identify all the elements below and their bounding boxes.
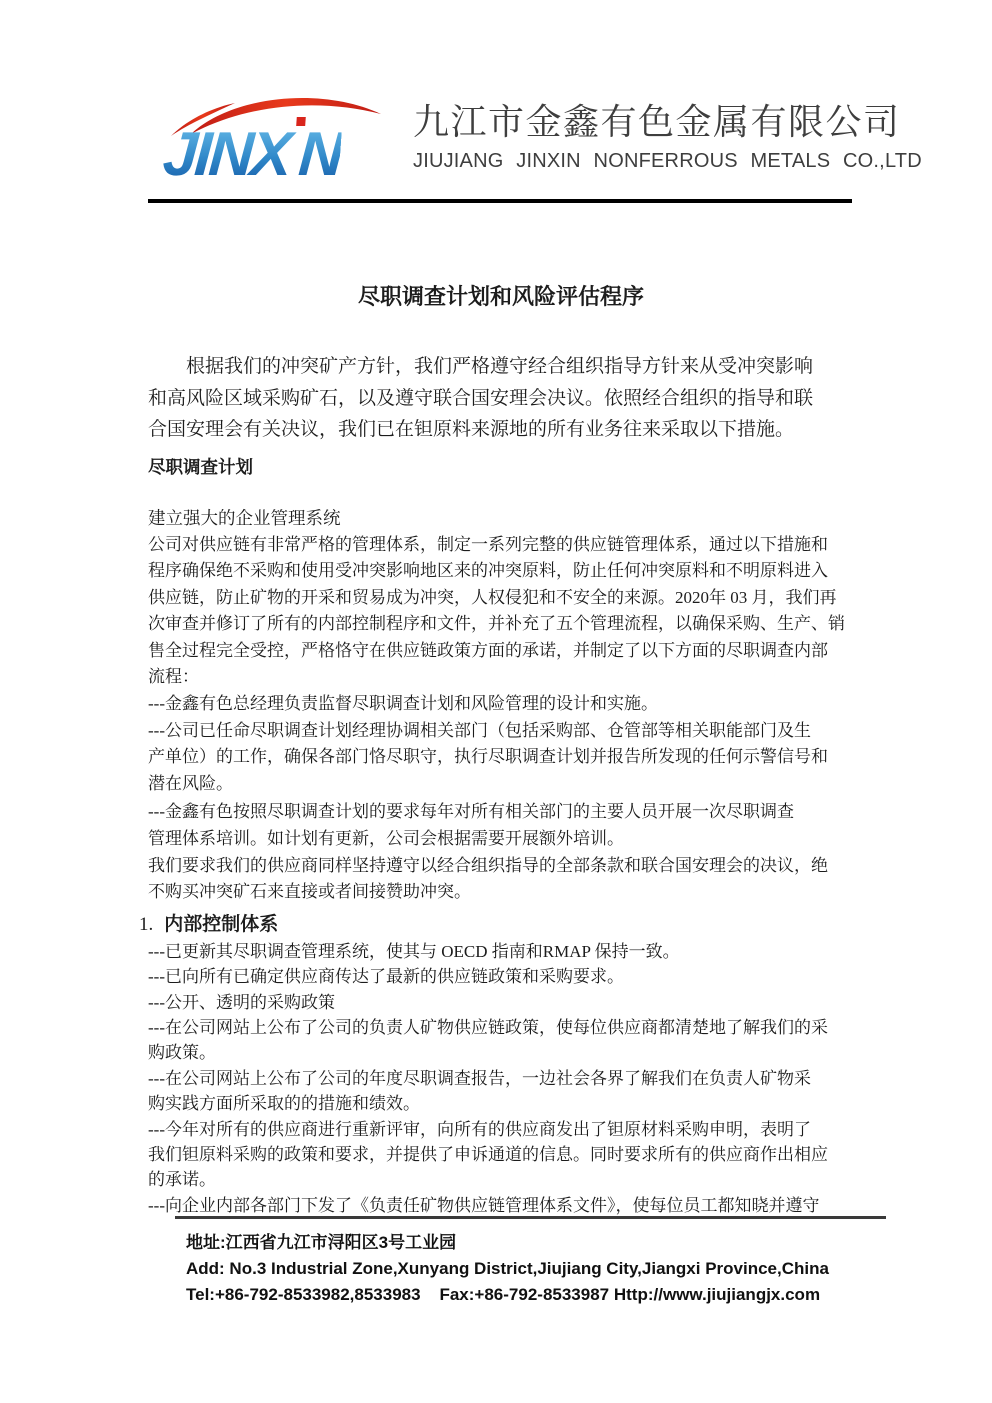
- body-line: ---金鑫有色按照尽职调查计划的要求每年对所有相关部门的主要人员开展一次尽职调查: [148, 799, 854, 826]
- document-page: JINXıN 九江市金鑫有色金属有限公司 JIUJIANG JINXIN NON…: [0, 0, 992, 1403]
- body-line: ---今年对所有的供应商进行重新评审，向所有的供应商发出了钽原材料采购申明，表明…: [148, 1117, 854, 1142]
- body-paragraph-2: ---金鑫有色按照尽职调查计划的要求每年对所有相关部门的主要人员开展一次尽职调查…: [148, 799, 854, 905]
- wordmark-right: N: [296, 120, 343, 189]
- document-content: 尽职调查计划和风险评估程序 根据我们的冲突矿产方针，我们严格遵守经合组织指导方针…: [148, 209, 854, 1218]
- body-line: ---公司已任命尽职调查计划经理协调相关部门（包括采购部、仓管部等相关职能部门及…: [148, 718, 854, 745]
- body-line: ---金鑫有色总经理负责监督尽职调查计划和风险管理的设计和实施。: [148, 691, 854, 718]
- body-line: 公司对供应链有非常严格的管理体系，制定一系列完整的供应链管理体系，通过以下措施和: [148, 532, 854, 559]
- header-divider: [148, 199, 852, 203]
- body-line: 次审查并修订了所有的内部控制程序和文件，并补充了五个管理流程，以确保采购、生产、…: [148, 611, 854, 638]
- body-line: 潜在风险。: [148, 771, 854, 798]
- body-line: 流程：: [148, 664, 854, 691]
- body-line: ---在公司网站上公布了公司的负责人矿物供应链政策，使每位供应商都清楚地了解我们…: [148, 1015, 854, 1040]
- footer: 地址:江西省九江市浔阳区3号工业园 Add: No.3 Industrial Z…: [186, 1230, 906, 1308]
- intro-line: 根据我们的冲突矿产方针，我们严格遵守经合组织指导方针来从受冲突影响: [148, 351, 854, 383]
- heading-label: 内部控制体系: [164, 914, 278, 935]
- wordmark-i-dot-icon: [296, 117, 306, 126]
- wordmark-left: JINX: [161, 120, 292, 189]
- body-line: 供应链，防止矿物的开采和贸易成为冲突，人权侵犯和不安全的来源。2020年 03 …: [148, 585, 854, 612]
- body-line: 产单位）的工作，确保各部门恪尽职守，执行尽职调查计划并报告所发现的任何示警信号和: [148, 744, 854, 771]
- intro-paragraph: 根据我们的冲突矿产方针，我们严格遵守经合组织指导方针来从受冲突影响 和高风险区域…: [148, 351, 854, 446]
- body-line: ---公开、透明的采购政策: [148, 990, 854, 1015]
- company-name-cn: 九江市金鑫有色金属有限公司: [413, 100, 922, 144]
- body-line: ---在公司网站上公布了公司的年度尽职调查报告，一边社会各界了解我们在负责人矿物…: [148, 1066, 854, 1091]
- body-line: 购实践方面所采取的的措施和绩效。: [148, 1091, 854, 1116]
- footer-contact: Tel:+86-792-8533982,8533983 Fax:+86-792-…: [186, 1282, 906, 1308]
- body-line: 售全过程完全受控，严格恪守在供应链政策方面的承诺，并制定了以下方面的尽职调查内部: [148, 638, 854, 665]
- body-line: 我们要求我们的供应商同样坚持遵守以经合组织指导的全部条款和联合国安理会的决议，绝: [148, 853, 854, 880]
- footer-address-en: Add: No.3 Industrial Zone,Xunyang Distri…: [186, 1256, 906, 1282]
- body-line: 购政策。: [148, 1040, 854, 1065]
- body-line: 不购买冲突矿石来直接或者间接赞助冲突。: [148, 879, 854, 906]
- subsection-heading-management-system: 建立强大的企业管理系统: [148, 505, 854, 532]
- company-name-en: JIUJIANG JINXIN NONFERROUS METALS CO.,LT…: [413, 148, 922, 174]
- numbered-heading-internal-control: 1.内部控制体系: [139, 910, 854, 939]
- company-names: 九江市金鑫有色金属有限公司 JIUJIANG JINXIN NONFERROUS…: [413, 84, 922, 196]
- section-heading-due-diligence-plan: 尽职调查计划: [148, 453, 854, 481]
- footer-divider: [175, 1216, 886, 1219]
- body-paragraph-1: 公司对供应链有非常严格的管理体系，制定一系列完整的供应链管理体系，通过以下措施和…: [148, 532, 854, 798]
- body-line: ---已向所有已确定供应商传达了最新的供应链政策和采购要求。: [148, 964, 854, 989]
- company-logo: JINXıN: [163, 84, 411, 196]
- body-line: ---向企业内部各部门下发了《负责任矿物供应链管理体系文件》，使每位员工都知晓并…: [148, 1193, 854, 1218]
- body-line: 管理体系培训。如计划有更新，公司会根据需要开展额外培训。: [148, 826, 854, 853]
- intro-line: 和高风险区域采购矿石，以及遵守联合国安理会决议。依照经合组织的指导和联: [148, 383, 854, 415]
- body-line: 程序确保绝不采购和使用受冲突影响地区来的冲突原料，防止任何冲突原料和不明原料进入: [148, 558, 854, 585]
- body-paragraph-3: ---已更新其尽职调查管理系统，使其与 OECD 指南和RMAP 保持一致。 -…: [148, 939, 854, 1218]
- page-title: 尽职调查计划和风险评估程序: [148, 281, 854, 313]
- jinxin-wordmark: JINXıN: [160, 118, 343, 196]
- body-line: 我们钽原料采购的政策和要求，并提供了申诉通道的信息。同时要求所有的供应商作出相应: [148, 1142, 854, 1167]
- footer-address-cn: 地址:江西省九江市浔阳区3号工业园: [186, 1230, 906, 1256]
- intro-line: 合国安理会有关决议，我们已在钽原料来源地的所有业务往来采取以下措施。: [148, 414, 854, 446]
- heading-number: 1.: [139, 914, 153, 935]
- body-line: 的承诺。: [148, 1167, 854, 1192]
- header: JINXıN 九江市金鑫有色金属有限公司 JIUJIANG JINXIN NON…: [163, 84, 863, 196]
- body-line: ---已更新其尽职调查管理系统，使其与 OECD 指南和RMAP 保持一致。: [148, 939, 854, 964]
